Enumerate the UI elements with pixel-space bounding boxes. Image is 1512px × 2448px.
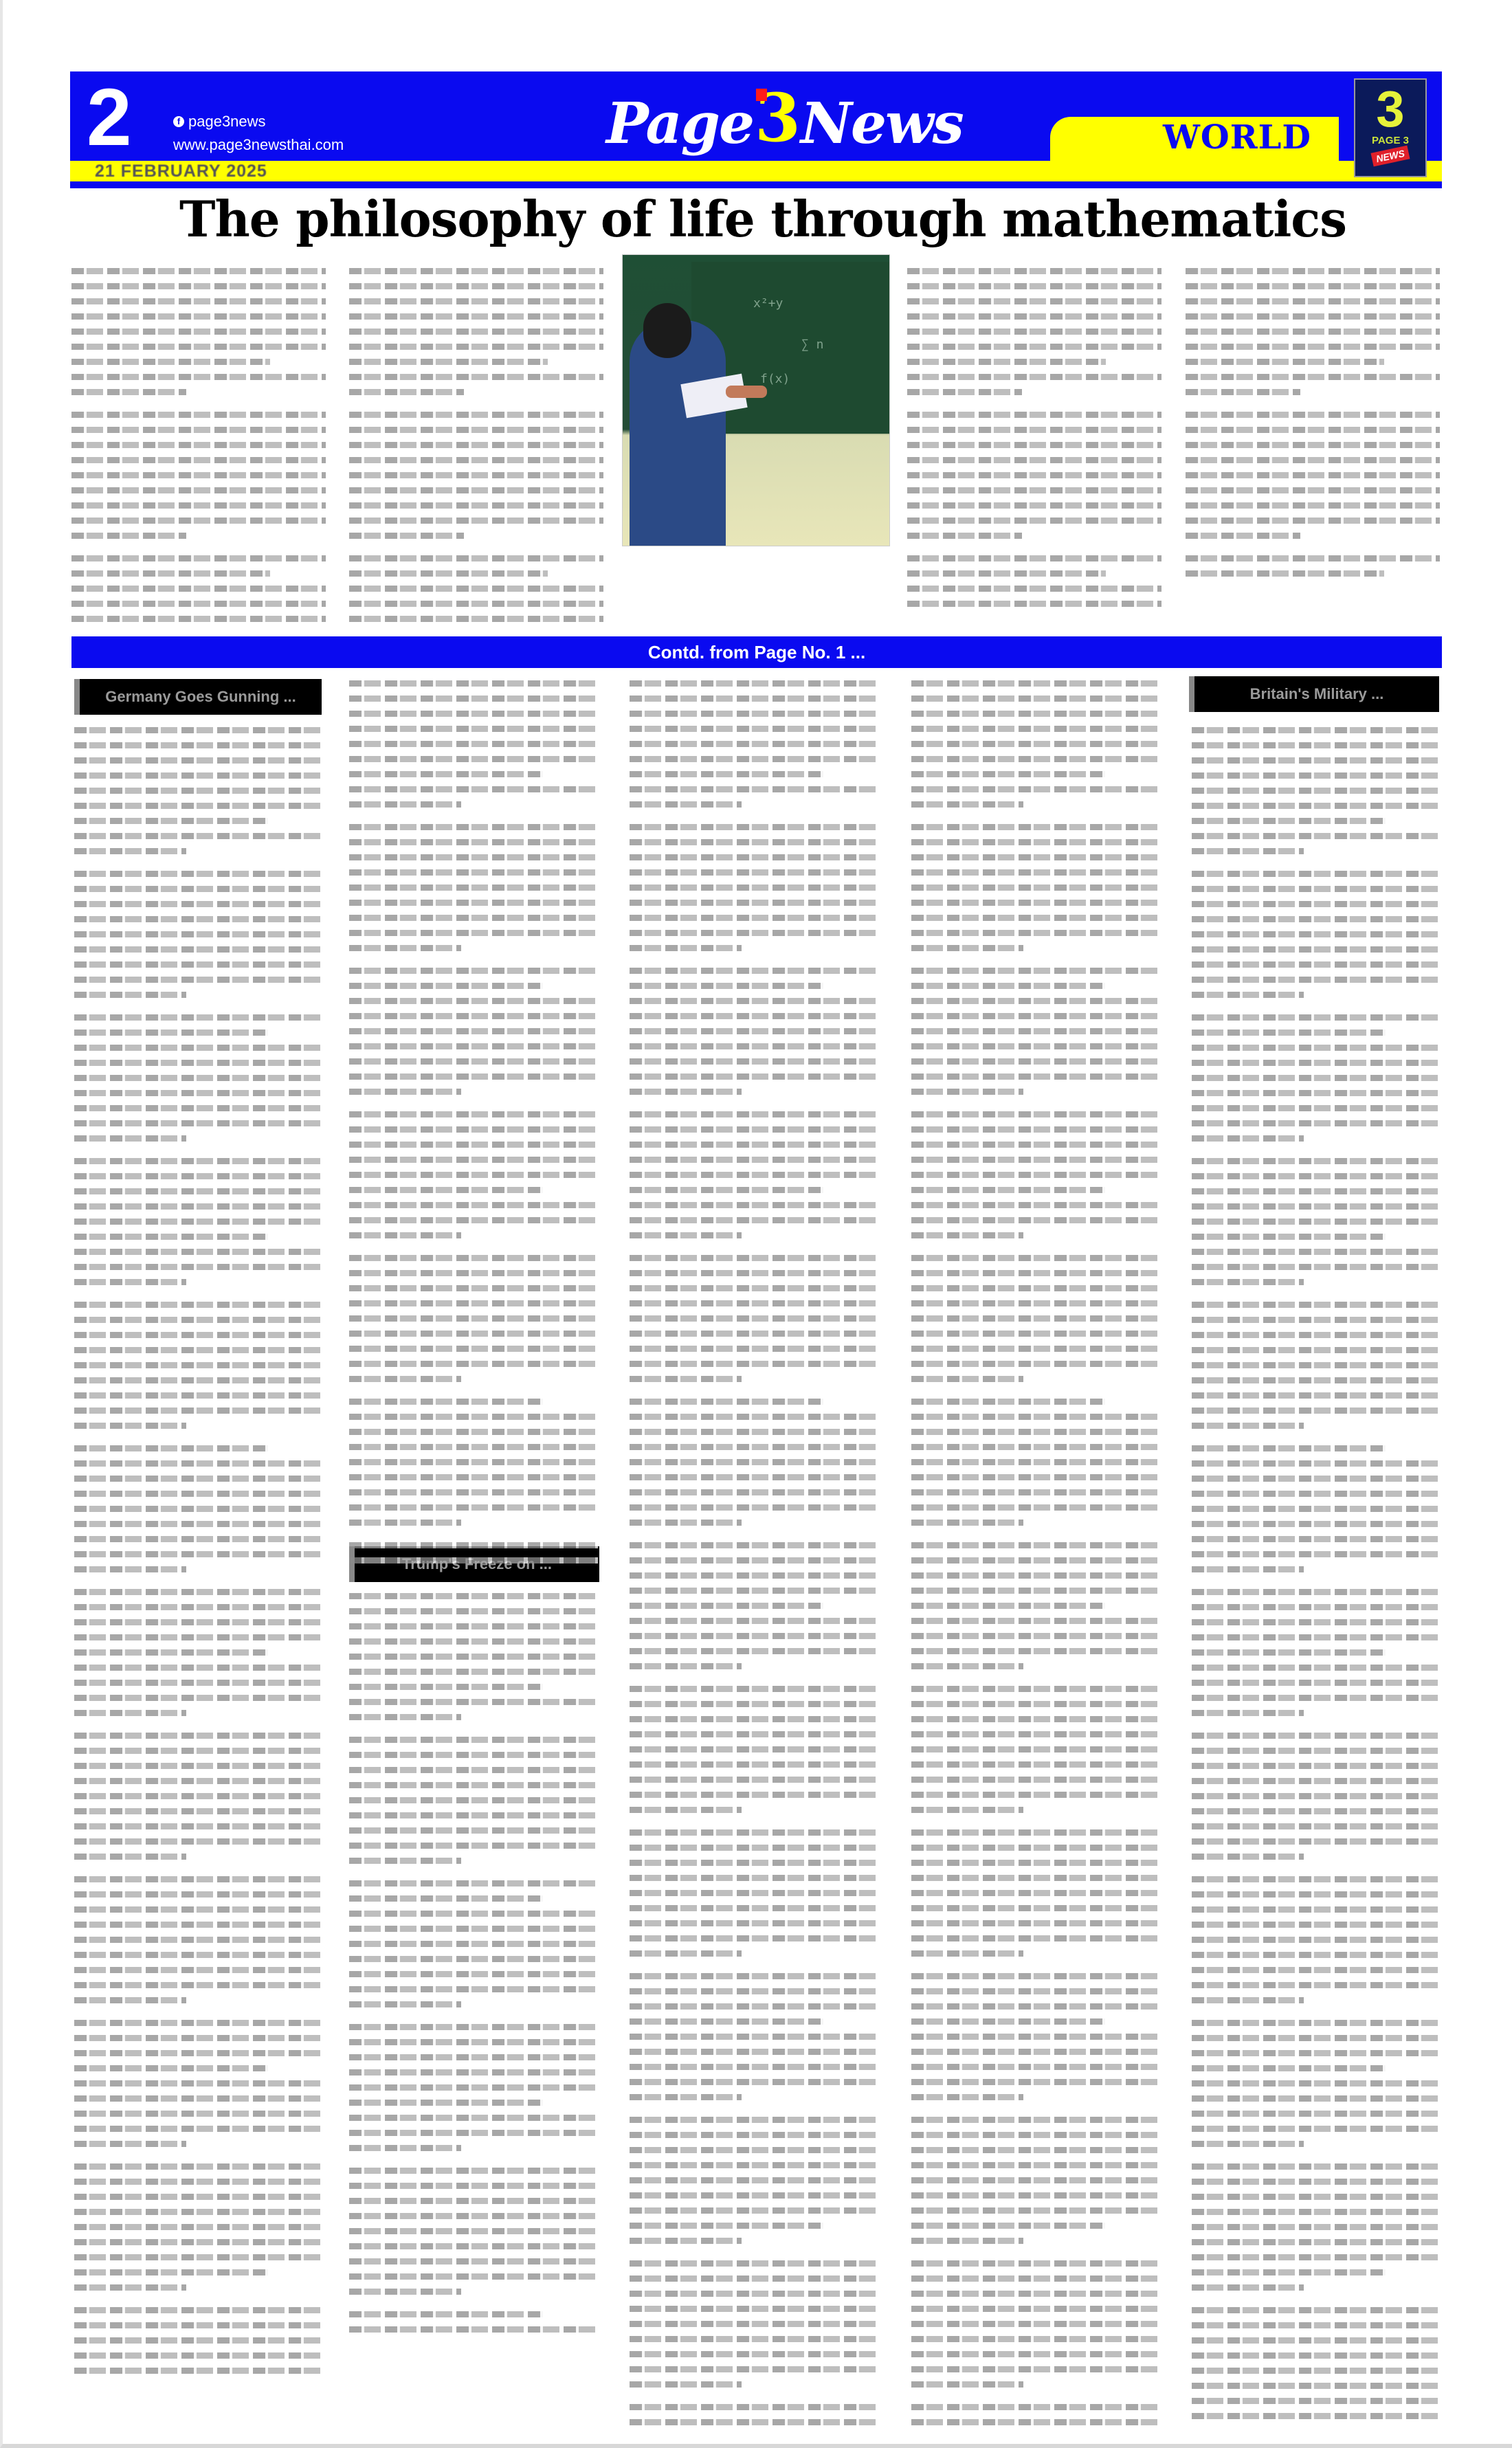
- text-line: [911, 2291, 1160, 2297]
- text-line: [1192, 1445, 1386, 1451]
- text-line: [349, 2183, 598, 2189]
- text-line: [349, 1812, 598, 1818]
- text-line: [74, 1793, 323, 1799]
- text-line: [74, 1536, 323, 1542]
- text-line: [911, 771, 1105, 777]
- masthead-bottom-rule: [70, 181, 1442, 188]
- text-line: [349, 2289, 461, 2295]
- text-line: [71, 570, 270, 577]
- text-line: [1186, 268, 1440, 274]
- text-line: [349, 1474, 598, 1480]
- text-line: [630, 1489, 878, 1495]
- text-line: [349, 457, 603, 463]
- text-line: [911, 2064, 1160, 2070]
- text-line: [1192, 1317, 1441, 1323]
- newspaper-logo[interactable]: Page 3 News: [606, 81, 963, 157]
- text-line: [1192, 1188, 1441, 1194]
- text-line: [349, 601, 603, 607]
- text-line: [74, 2080, 323, 2087]
- section-header-germany: Germany Goes Gunning ...: [74, 679, 322, 715]
- text-line: [74, 2284, 186, 2291]
- text-line: [630, 1013, 878, 1019]
- text-line: [911, 968, 1160, 974]
- text-line: [1192, 2413, 1441, 2419]
- text-line: [1192, 961, 1441, 968]
- text-line: [630, 2018, 823, 2025]
- text-line: [74, 1302, 323, 1308]
- text-line: [911, 696, 1160, 702]
- text-line: [1192, 772, 1441, 779]
- text-line: [1192, 1392, 1441, 1399]
- text-line: [74, 1891, 323, 1898]
- text-line: [74, 946, 323, 953]
- text-line: [71, 555, 326, 561]
- text-line: [1192, 1906, 1441, 1913]
- text-line: [911, 1028, 1160, 1034]
- text-line: [349, 1489, 598, 1495]
- text-line: [349, 1187, 543, 1193]
- text-line: [74, 1158, 323, 1164]
- text-line: [349, 359, 548, 365]
- text-line: [1192, 1105, 1441, 1111]
- text-line: [907, 329, 1161, 335]
- text-line: [349, 1414, 598, 1420]
- text-line: [349, 1654, 598, 1660]
- text-line: [74, 1619, 323, 1625]
- text-line: [349, 1986, 598, 1992]
- text-line: [907, 374, 1161, 380]
- text-line: [1192, 1778, 1441, 1784]
- text-line: [349, 696, 598, 702]
- text-line: [74, 1634, 323, 1640]
- text-line: [1192, 848, 1304, 854]
- text-line: [1192, 1045, 1441, 1051]
- text-line: [349, 1895, 543, 1902]
- text-line: [349, 1429, 598, 1435]
- text-line: [1192, 1014, 1441, 1021]
- text-line: [911, 2419, 1160, 2425]
- text-line: [349, 1202, 598, 1208]
- text-line: [911, 983, 1105, 989]
- text-line: [349, 1608, 598, 1614]
- text-line: [911, 869, 1160, 876]
- text-line: [1186, 412, 1440, 418]
- text-line: [74, 788, 323, 794]
- text-line: [630, 2321, 878, 2327]
- text-line: [349, 1699, 598, 1705]
- text-line: [630, 2034, 878, 2040]
- text-line: [630, 1346, 878, 1352]
- text-line: [74, 1407, 323, 1414]
- text-line: [630, 1285, 878, 1291]
- text-line: [349, 1669, 598, 1675]
- text-line: [911, 1474, 1160, 1480]
- text-line: [630, 2094, 742, 2100]
- text-line: [1192, 2383, 1441, 2389]
- text-line: [1192, 2269, 1386, 2275]
- text-line: [911, 1157, 1160, 1163]
- text-line: [907, 502, 1161, 509]
- text-line: [630, 2177, 878, 2183]
- story-column-2b: [349, 1593, 598, 2341]
- text-line: [349, 268, 603, 274]
- text-line: [911, 900, 1160, 906]
- text-line: [907, 601, 1161, 607]
- text-line: [907, 533, 1022, 539]
- text-line: [630, 1459, 878, 1465]
- text-line: [907, 457, 1161, 463]
- text-line: [1192, 1748, 1441, 1754]
- text-line: [74, 1876, 323, 1882]
- page-number: 2: [87, 77, 132, 158]
- text-line: [907, 298, 1161, 304]
- text-line: [911, 1988, 1160, 1994]
- text-line: [630, 1829, 878, 1836]
- text-line: [630, 786, 878, 792]
- text-line: [74, 2307, 323, 2313]
- text-line: [911, 839, 1160, 845]
- text-line: [349, 1941, 598, 1947]
- text-line: [1192, 1279, 1304, 1285]
- text-line: [911, 1761, 1160, 1768]
- text-line: [630, 1973, 878, 1979]
- text-line: [1192, 901, 1441, 907]
- text-line: [1192, 1589, 1441, 1595]
- text-line: [911, 1315, 1160, 1322]
- text-line: [74, 1967, 323, 1973]
- text-line: [74, 2352, 323, 2359]
- text-line: [907, 555, 1161, 561]
- text-line: [911, 2094, 1023, 2100]
- story-column-4: [911, 680, 1160, 2434]
- text-line: [349, 726, 598, 732]
- text-line: [74, 2126, 323, 2132]
- text-line: [630, 2336, 878, 2342]
- text-line: [911, 1973, 1160, 1979]
- text-line: [630, 1988, 878, 1994]
- text-line: [911, 1686, 1160, 1692]
- text-line: [74, 1604, 323, 1610]
- text-line: [349, 786, 598, 792]
- text-line: [911, 1043, 1160, 1049]
- text-line: [349, 1300, 598, 1306]
- text-line: [71, 283, 326, 289]
- text-line: [349, 1013, 598, 1019]
- text-line: [71, 389, 186, 395]
- text-line: [74, 2322, 323, 2328]
- text-line: [907, 313, 1161, 320]
- text-line: [911, 1618, 1160, 1624]
- text-line: [907, 412, 1161, 418]
- text-line: [349, 1827, 598, 1834]
- text-line: [911, 2306, 1160, 2312]
- text-line: [349, 616, 603, 622]
- text-line: [630, 2162, 878, 2168]
- text-line: [349, 2115, 598, 2121]
- text-line: [630, 869, 878, 876]
- text-line: [74, 1332, 323, 1338]
- text-line: [1192, 1460, 1441, 1467]
- text-line: [630, 1300, 878, 1306]
- text-line: [630, 884, 878, 891]
- text-line: [630, 1028, 878, 1034]
- text-line: [1192, 1203, 1441, 1210]
- text-line: [349, 869, 598, 876]
- text-line: [630, 1588, 878, 1594]
- text-line: [74, 1937, 323, 1943]
- text-line: [911, 1255, 1160, 1261]
- text-line: [911, 930, 1160, 936]
- text-line: [74, 2141, 186, 2147]
- text-line: [907, 442, 1161, 448]
- text-line: [630, 915, 878, 921]
- text-line: [1192, 1838, 1441, 1845]
- text-line: [630, 2419, 878, 2425]
- text-line: [74, 1045, 323, 1051]
- text-line: [911, 1489, 1160, 1495]
- text-line: [630, 680, 878, 687]
- text-line: [907, 344, 1161, 350]
- text-line: [74, 2239, 323, 2245]
- text-line: [630, 900, 878, 906]
- text-line: [1192, 727, 1441, 733]
- text-line: [1192, 2141, 1304, 2147]
- text-line: [71, 344, 326, 350]
- text-line: [911, 1777, 1160, 1783]
- text-line: [911, 741, 1160, 747]
- text-line: [630, 2064, 878, 2070]
- text-line: [630, 839, 878, 845]
- text-line: [349, 1843, 598, 1849]
- text-line: [911, 1346, 1160, 1352]
- text-line: [349, 2311, 543, 2317]
- text-line: [1186, 374, 1440, 380]
- text-line: [349, 983, 543, 989]
- text-line: [74, 1649, 268, 1656]
- text-line: [1192, 2254, 1441, 2260]
- text-line: [911, 2223, 1105, 2229]
- text-line: [630, 1444, 878, 1450]
- badge-tag: NEWS: [1371, 146, 1410, 167]
- text-line: [74, 1566, 186, 1572]
- text-line: [911, 756, 1160, 762]
- text-line: [74, 1219, 323, 1225]
- text-line: [349, 570, 548, 577]
- text-line: [911, 1890, 1160, 1896]
- text-line: [1192, 1619, 1441, 1625]
- text-line: [349, 2069, 598, 2076]
- text-line: [74, 977, 323, 983]
- text-line: [74, 742, 323, 748]
- text-line: [1192, 886, 1441, 892]
- text-line: [630, 1270, 878, 1276]
- social-links: f page3news www.page3newsthai.com: [173, 110, 344, 157]
- facebook-link[interactable]: f page3news: [173, 110, 344, 133]
- text-line: [911, 1746, 1160, 1752]
- text-line: [349, 2213, 598, 2219]
- text-line: [349, 839, 598, 845]
- text-line: [349, 1361, 598, 1367]
- text-line: [1192, 916, 1441, 922]
- text-line: [911, 2207, 1160, 2214]
- text-line: [349, 1880, 598, 1887]
- text-line: [349, 1270, 598, 1276]
- text-line: [911, 786, 1160, 792]
- text-line: [349, 374, 603, 380]
- text-line: [630, 1043, 878, 1049]
- text-line: [630, 696, 878, 702]
- text-line: [911, 1731, 1160, 1737]
- text-line: [71, 298, 326, 304]
- text-line: [74, 1763, 323, 1769]
- text-line: [1192, 757, 1441, 764]
- text-line: [74, 871, 323, 877]
- text-line: [71, 518, 326, 524]
- text-line: [911, 1542, 1160, 1548]
- text-line: [349, 1346, 598, 1352]
- text-line: [1192, 2095, 1441, 2102]
- text-line: [74, 1521, 323, 1527]
- text-line: [911, 1429, 1160, 1435]
- text-line: [349, 1638, 598, 1645]
- text-line: [1186, 502, 1440, 509]
- text-line: [911, 2336, 1160, 2342]
- text-line: [1192, 833, 1441, 839]
- text-line: [630, 1572, 878, 1579]
- text-line: [630, 1414, 878, 1420]
- text-line: [630, 1073, 878, 1080]
- text-line: [630, 2223, 823, 2229]
- text-line: [1192, 1377, 1441, 1383]
- text-line: [349, 2054, 598, 2060]
- text-line: [349, 884, 598, 891]
- text-line: [349, 1956, 598, 1962]
- text-line: [1192, 1854, 1304, 1860]
- text-line: [911, 1300, 1160, 1306]
- text-line: [1192, 977, 1441, 983]
- text-line: [1192, 818, 1386, 824]
- text-line: [74, 1778, 323, 1784]
- badge-label: PAGE 3: [1372, 135, 1409, 146]
- text-line: [74, 2224, 323, 2230]
- section-header-britain: Britain's Military ...: [1189, 676, 1439, 712]
- text-line: [630, 1520, 742, 1526]
- text-line: [911, 1663, 1023, 1669]
- text-line: [911, 1111, 1160, 1117]
- text-line: [1192, 1332, 1441, 1338]
- text-line: [630, 1777, 878, 1783]
- text-line: [630, 726, 878, 732]
- text-line: [74, 2269, 268, 2275]
- text-line: [1186, 555, 1440, 561]
- text-line: [630, 1474, 878, 1480]
- logo-number: 3: [755, 79, 799, 157]
- text-line: [349, 2024, 598, 2030]
- text-line: [911, 2404, 1160, 2410]
- text-line: [349, 1142, 598, 1148]
- text-line: [911, 1920, 1160, 1926]
- text-line: [349, 2228, 598, 2234]
- text-line: [911, 2260, 1160, 2267]
- text-line: [349, 518, 603, 524]
- text-line: [1192, 992, 1304, 998]
- text-line: [74, 2050, 323, 2056]
- text-line: [911, 2366, 1160, 2372]
- text-line: [630, 2366, 878, 2372]
- text-line: [907, 268, 1161, 274]
- text-line: [1192, 1521, 1441, 1527]
- text-line: [349, 771, 543, 777]
- text-line: [349, 1028, 598, 1034]
- text-line: [911, 1845, 1160, 1851]
- text-line: [74, 1392, 323, 1399]
- text-line: [1192, 2111, 1441, 2117]
- text-line: [911, 1905, 1160, 1911]
- text-line: [630, 1950, 742, 1957]
- text-line: [349, 824, 598, 830]
- text-line: [74, 1733, 323, 1739]
- text-line: [1192, 1710, 1304, 1716]
- text-line: [349, 1737, 598, 1743]
- text-line: [74, 2368, 323, 2374]
- text-line: [349, 2084, 598, 2091]
- text-line: [74, 1997, 186, 2003]
- text-line: [630, 1504, 878, 1511]
- text-line: [911, 1270, 1160, 1276]
- text-line: [911, 1361, 1160, 1367]
- text-line: [349, 968, 598, 974]
- text-line: [1192, 1060, 1441, 1066]
- text-line: [74, 1234, 268, 1240]
- text-line: [911, 2003, 1160, 2010]
- text-line: [630, 1142, 878, 1148]
- text-line: [74, 2254, 323, 2260]
- text-line: [349, 1752, 598, 1758]
- text-line: [1186, 472, 1440, 478]
- text-line: [71, 601, 326, 607]
- text-line: [1192, 1158, 1441, 1164]
- text-line: [349, 2198, 598, 2204]
- text-line: [1192, 2337, 1441, 2344]
- text-line: [630, 1618, 878, 1624]
- text-line: [630, 1157, 878, 1163]
- text-line: [911, 2162, 1160, 2168]
- text-line: [1192, 2020, 1441, 2026]
- text-line: [911, 1829, 1160, 1836]
- text-line: [630, 1716, 878, 1722]
- website-link[interactable]: www.page3newsthai.com: [173, 133, 344, 157]
- text-line: [349, 915, 598, 921]
- text-line: [71, 502, 326, 509]
- text-line: [1192, 2194, 1441, 2200]
- text-line: [349, 1520, 461, 1526]
- text-line: [74, 1589, 323, 1595]
- text-line: [1192, 1347, 1441, 1353]
- text-line: [630, 1920, 878, 1926]
- text-line: [1192, 1219, 1441, 1225]
- text-line: [907, 487, 1161, 493]
- text-line: [630, 1058, 878, 1065]
- text-line: [74, 1362, 323, 1368]
- text-line: [74, 1551, 323, 1557]
- text-line: [1192, 2126, 1441, 2132]
- text-line: [349, 1331, 598, 1337]
- brand-badge: 3 PAGE 3 NEWS: [1354, 78, 1427, 177]
- text-line: [911, 1142, 1160, 1148]
- text-line: [911, 2321, 1160, 2327]
- text-line: [74, 1075, 323, 1081]
- text-line: [630, 945, 742, 951]
